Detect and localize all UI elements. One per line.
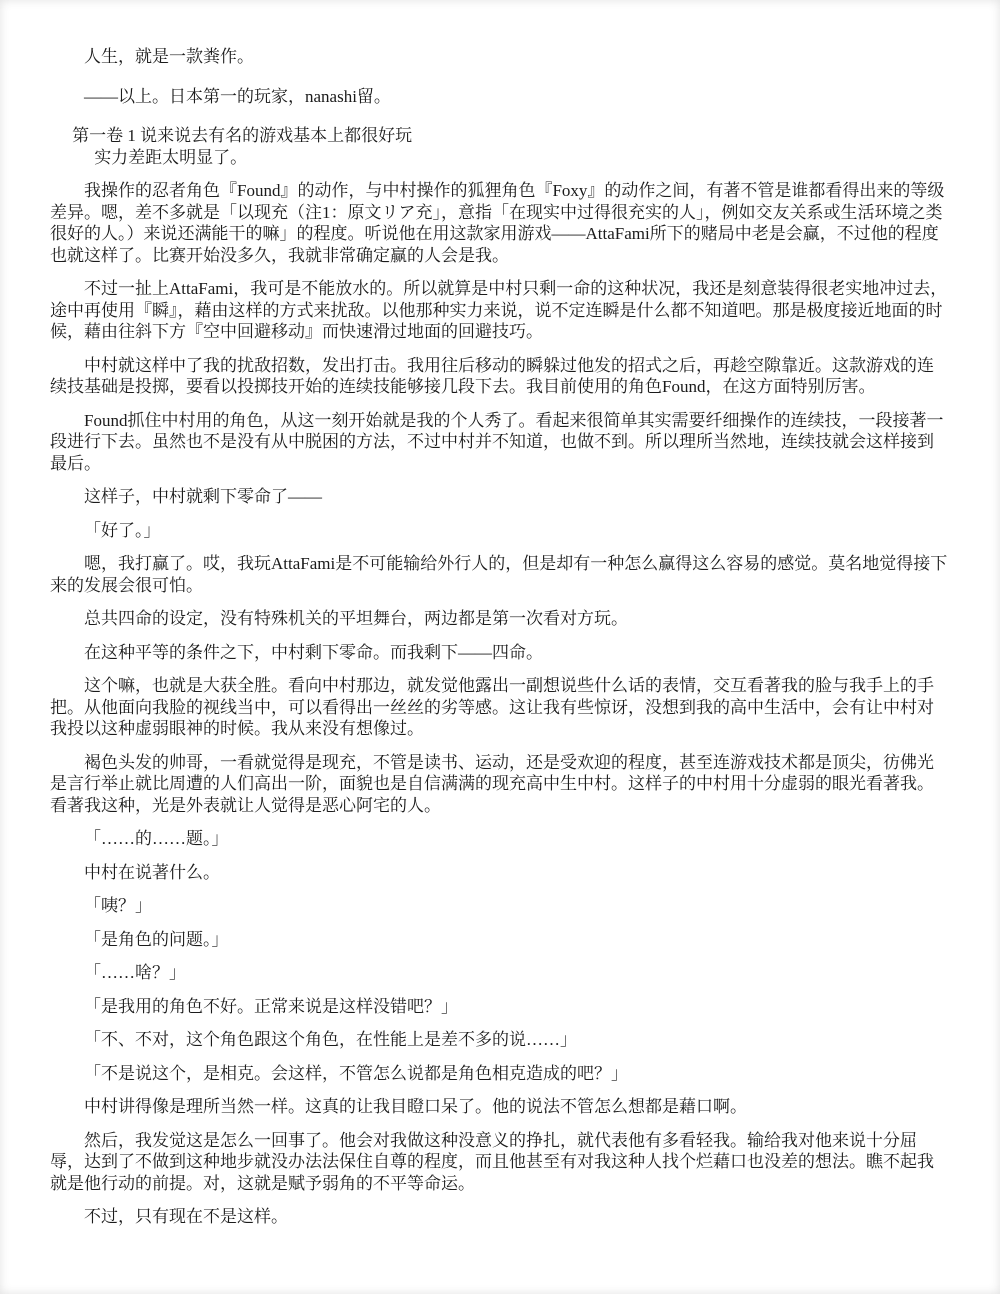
paragraph: 我操作的忍者角色『Found』的动作，与中村操作的狐狸角色『Foxy』的动作之间… [50, 180, 948, 266]
paragraph: 这样子，中村就剩下零命了—— [50, 486, 948, 508]
paragraph: 嗯，我打赢了。哎，我玩AttaFami是不可能输给外行人的，但是却有一种怎么赢得… [50, 553, 948, 596]
paragraph: 总共四命的设定，没有特殊机关的平坦舞台，两边都是第一次看对方玩。 [50, 608, 948, 630]
epigraph-line-1: 人生，就是一款粪作。 [50, 46, 948, 68]
dialogue-line: 「咦？」 [50, 895, 948, 917]
paragraph: 中村就这样中了我的扰敌招数，发出打击。我用往后移动的瞬躲过他发的招式之后，再趁空… [50, 355, 948, 398]
dialogue-line: 「是角色的问题。」 [50, 929, 948, 951]
paragraph: 在这种平等的条件之下，中村剩下零命。而我剩下——四命。 [50, 642, 948, 664]
paragraph: 这个嘛，也就是大获全胜。看向中村那边，就发觉他露出一副想说些什么话的表情，交互看… [50, 675, 948, 740]
dialogue-line: 「是我用的角色不好。正常来说是这样没错吧？」 [50, 996, 948, 1018]
dialogue-line: 「不是说这个，是相克。会这样，不管怎么说都是角色相克造成的吧？」 [50, 1063, 948, 1085]
chapter-title: 第一卷 1 说来说去有名的游戏基本上都很好玩 [50, 125, 948, 147]
dialogue-line: 「……的……题。」 [50, 828, 948, 850]
epigraph-line-2: ——以上。日本第一的玩家，nanashi留。 [50, 86, 948, 108]
chapter-heading: 第一卷 1 说来说去有名的游戏基本上都很好玩 实力差距太明显了。 [50, 125, 948, 168]
paragraph: 然后，我发觉这是怎么一回事了。他会对我做这种没意义的挣扎，就代表他有多看轻我。输… [50, 1130, 948, 1195]
paragraph: 中村讲得像是理所当然一样。这真的让我目瞪口呆了。他的说法不管怎么想都是藉口啊。 [50, 1096, 948, 1118]
paragraph: 褐色头发的帅哥，一看就觉得是现充，不管是读书、运动，还是受欢迎的程度，甚至连游戏… [50, 752, 948, 817]
dialogue-line: 「好了。」 [50, 520, 948, 542]
dialogue-line: 「……啥？」 [50, 962, 948, 984]
paragraph: Found抓住中村用的角色，从这一刻开始就是我的个人秀了。看起来很简单其实需要纤… [50, 410, 948, 475]
paragraph: 不过，只有现在不是这样。 [50, 1206, 948, 1228]
novel-page: 人生，就是一款粪作。 ——以上。日本第一的玩家，nanashi留。 第一卷 1 … [0, 0, 1000, 1294]
chapter-subtitle: 实力差距太明显了。 [50, 147, 948, 169]
paragraph: 中村在说著什么。 [50, 862, 948, 884]
dialogue-line: 「不、不对，这个角色跟这个角色，在性能上是差不多的说……」 [50, 1029, 948, 1051]
paragraph: 不过一扯上AttaFami，我可是不能放水的。所以就算是中村只剩一命的这种状况，… [50, 278, 948, 343]
